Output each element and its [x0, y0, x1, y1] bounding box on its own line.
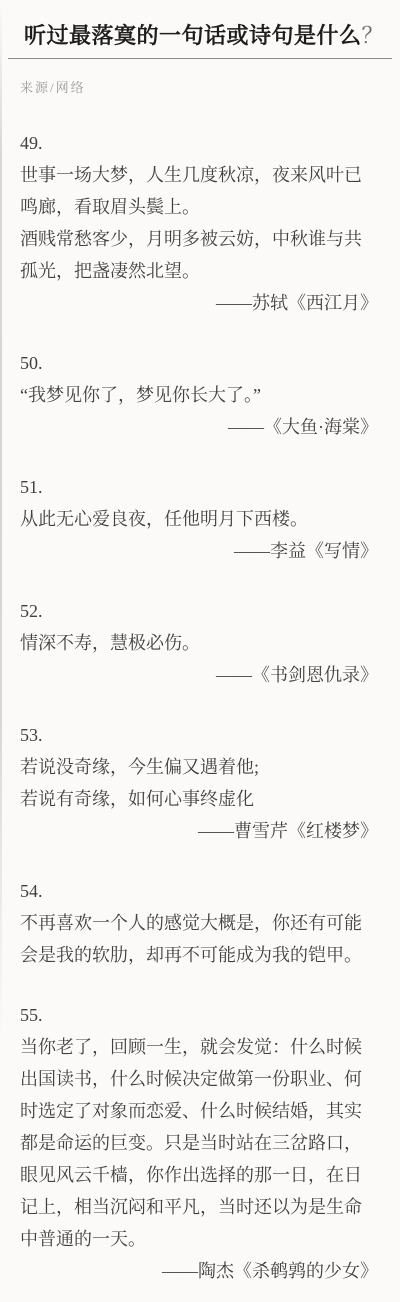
- page-title-text: 听过最落寞的一句话或诗句是什么: [24, 23, 362, 48]
- quote-number: 54.: [20, 875, 378, 907]
- quote-line: 不再喜欢一个人的感觉大概是，你还有可能: [20, 907, 378, 939]
- quote-line: 孤光，把盏凄然北望。: [20, 255, 378, 287]
- quote-attribution: ——曹雪芹《红楼梦》: [20, 815, 378, 847]
- quote-item-50: 50. “我梦见你了，梦见你长大了。” ——《大鱼·海棠》: [20, 347, 378, 443]
- page-title: 听过最落寞的一句话或诗句是什么？: [24, 20, 378, 52]
- quote-line: 记上，相当沉闷和平凡，当时还以为是生命: [20, 1191, 378, 1223]
- quote-attribution: ——陶杰《杀鹌鹑的少女》: [20, 1255, 378, 1287]
- quote-item-51: 51. 从此无心爱良夜，任他明月下西楼。 ——李益《写情》: [20, 471, 378, 567]
- title-divider: [8, 58, 392, 59]
- quote-line: 中普通的一天。: [20, 1223, 378, 1255]
- quote-number: 53.: [20, 719, 378, 751]
- quote-line: 若说没奇缘，今生偏又遇着他;: [20, 751, 378, 783]
- quote-item-52: 52. 情深不寿，慧极必伤。 ——《书剑恩仇录》: [20, 595, 378, 691]
- quote-line: 会是我的软肋，却再不可能成为我的铠甲。: [20, 939, 378, 971]
- quote-attribution: ——李益《写情》: [20, 535, 378, 567]
- quote-line: “我梦见你了，梦见你长大了。”: [20, 379, 378, 411]
- quote-list: 49. 世事一场大梦，人生几度秋凉，夜来风叶已 鸣廊，看取眉头鬓上。 酒贱常愁客…: [20, 127, 378, 1287]
- quote-attribution: ——《书剑恩仇录》: [20, 659, 378, 691]
- quote-item-55: 55. 当你老了，回顾一生，就会发觉：什么时候 出国读书，什么时候决定做第一份职…: [20, 999, 378, 1287]
- quote-list-page: 听过最落寞的一句话或诗句是什么？ 来源/网络 49. 世事一场大梦，人生几度秋凉…: [0, 0, 400, 1302]
- title-question-mark: ？: [362, 23, 385, 48]
- quote-line: 眼见风云千樯，你作出选择的那一日，在日: [20, 1159, 378, 1191]
- quote-attribution: ——苏轼《西江月》: [20, 287, 378, 319]
- quote-number: 55.: [20, 999, 378, 1031]
- quote-line: 出国读书，什么时候决定做第一份职业、何: [20, 1063, 378, 1095]
- quote-line: 情深不寿，慧极必伤。: [20, 627, 378, 659]
- quote-line: 都是命运的巨变。只是当时站在三岔路口，: [20, 1127, 378, 1159]
- quote-number: 49.: [20, 127, 378, 159]
- quote-number: 52.: [20, 595, 378, 627]
- quote-line: 时选定了对象而恋爱、什么时候结婚，其实: [20, 1095, 378, 1127]
- quote-number: 50.: [20, 347, 378, 379]
- quote-line: 从此无心爱良夜，任他明月下西楼。: [20, 503, 378, 535]
- quote-line: 酒贱常愁客少，月明多被云妨，中秋谁与共: [20, 223, 378, 255]
- quote-item-49: 49. 世事一场大梦，人生几度秋凉，夜来风叶已 鸣廊，看取眉头鬓上。 酒贱常愁客…: [20, 127, 378, 319]
- quote-attribution: ——《大鱼·海棠》: [20, 411, 378, 443]
- quote-line: 世事一场大梦，人生几度秋凉，夜来风叶已: [20, 159, 378, 191]
- source-label: 来源/网络: [20, 77, 378, 99]
- quote-line: 鸣廊，看取眉头鬓上。: [20, 191, 378, 223]
- quote-item-54: 54. 不再喜欢一个人的感觉大概是，你还有可能 会是我的软肋，却再不可能成为我的…: [20, 875, 378, 971]
- quote-number: 51.: [20, 471, 378, 503]
- quote-item-53: 53. 若说没奇缘，今生偏又遇着他; 若说有奇缘，如何心事终虚化 ——曹雪芹《红…: [20, 719, 378, 847]
- quote-line: 若说有奇缘，如何心事终虚化: [20, 783, 378, 815]
- quote-line: 当你老了，回顾一生，就会发觉：什么时候: [20, 1031, 378, 1063]
